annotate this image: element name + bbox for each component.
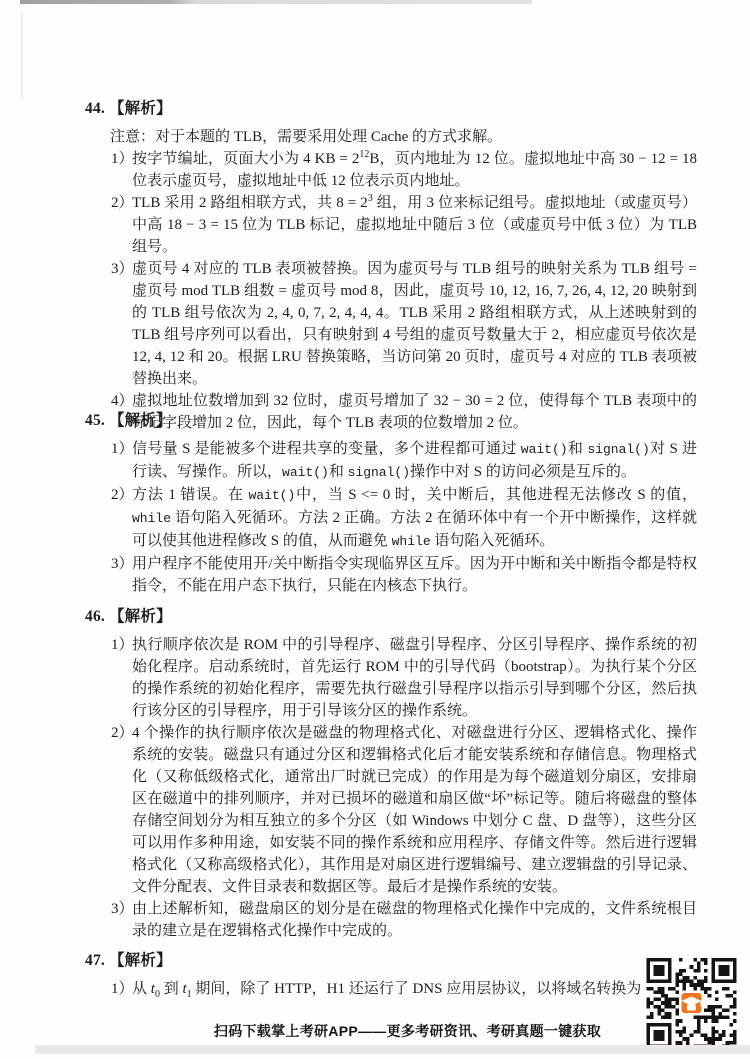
section-title: 【解析】	[109, 952, 172, 969]
item-label: 1）	[111, 634, 134, 656]
text-segment: 执行顺序依次是 ROM 中的引导程序、磁盘引导程序、分区引导程序、操作系统的初始…	[132, 637, 697, 719]
solution-section-47: 47.【解析】1）从 t0 到 t1 期间，除了 HTTP，H1 还运行了 DN…	[85, 950, 697, 1000]
qr-code	[645, 958, 738, 1048]
text-segment: wait()	[248, 488, 295, 503]
item-label: 3）	[111, 553, 134, 575]
section-number: 45.	[85, 412, 105, 429]
text-segment: wait()	[282, 465, 329, 480]
item-label: 3）	[111, 258, 134, 280]
text-segment: 12	[359, 149, 369, 160]
section-title: 【解析】	[109, 412, 172, 429]
section-number: 47.	[85, 952, 105, 969]
numbered-item: 3）虚页号 4 对应的 TLB 表项被替换。因为虚页号与 TLB 组号的映射关系…	[85, 258, 697, 390]
text-segment: 按字节编址，页面大小为 4 KB = 2	[132, 151, 359, 167]
section-heading: 45.【解析】	[85, 410, 697, 432]
solution-section-45: 45.【解析】1）信号量 S 是能被多个进程共享的变量，多个进程都可通过 wai…	[85, 410, 697, 597]
qr-code-pattern	[645, 958, 738, 1048]
item-label: 1）	[111, 148, 134, 170]
scan-artifact-top	[20, 0, 532, 4]
section-number: 44.	[85, 100, 105, 117]
text-segment: while	[392, 534, 431, 549]
text-segment: signal()	[348, 465, 410, 480]
section-heading: 46.【解析】	[85, 606, 697, 628]
text-segment: 和	[329, 464, 348, 480]
item-label: 1）	[111, 978, 134, 1000]
footer-banner: 扫码下载掌上考研APP——更多考研资讯、考研真题一键获取	[0, 1021, 645, 1041]
item-label: 3）	[111, 898, 134, 920]
numbered-item: 1）信号量 S 是能被多个进程共享的变量，多个进程都可通过 wait()和 si…	[85, 438, 697, 484]
document-page: 44.【解析】注意：对于本题的 TLB，需要采用处理 Cache 的方式求解。1…	[0, 0, 750, 1059]
solution-section-46: 46.【解析】1）执行顺序依次是 ROM 中的引导程序、磁盘引导程序、分区引导程…	[85, 606, 697, 942]
item-label: 1）	[111, 438, 134, 460]
item-label: 2）	[111, 192, 134, 214]
numbered-item: 2）TLB 采用 2 路组相联方式，共 8 = 23 组，用 3 位来标记组号。…	[85, 192, 697, 258]
section-title: 【解析】	[109, 608, 172, 625]
item-label: 4）	[111, 390, 134, 412]
text-segment: 语句陷入死循环。	[431, 533, 555, 549]
section-heading: 44.【解析】	[85, 98, 697, 120]
section-heading: 47.【解析】	[85, 950, 697, 972]
text-segment: TLB 采用 2 路组相联方式，共 8 = 2	[132, 195, 368, 211]
numbered-item: 2）4 个操作的执行顺序依次是磁盘的物理格式化、对磁盘进行分区、逻辑格式化、操作…	[85, 722, 697, 898]
text-segment: signal()	[587, 442, 649, 457]
numbered-item: 1）按字节编址，页面大小为 4 KB = 212B，页内地址为 12 位。虚拟地…	[85, 148, 697, 192]
text-segment: 4 个操作的执行顺序依次是磁盘的物理格式化、对磁盘进行分区、逻辑格式化、操作系统…	[132, 725, 697, 895]
text-segment: 信号量 S 是能被多个进程共享的变量，多个进程都可通过	[132, 441, 521, 457]
numbered-item: 2）方法 1 错误。在 wait()中，当 S <= 0 时，关中断后，其他进程…	[85, 484, 697, 553]
item-label: 2）	[111, 484, 134, 506]
text-segment: 注意：对于本题的 TLB，需要采用处理 Cache 的方式求解。	[110, 129, 502, 145]
text-segment: 由上述解析知，磁盘扇区的划分是在磁盘的物理格式化操作中完成的，文件系统根目录的建…	[132, 901, 697, 939]
text-segment: 用户程序不能使用开/关中断指令实现临界区互斥。因为开中断和关中断指令都是特权指令…	[132, 556, 697, 594]
numbered-item: 3）由上述解析知，磁盘扇区的划分是在磁盘的物理格式化操作中完成的，文件系统根目录…	[85, 898, 697, 942]
text-segment: 虚页号 4 对应的 TLB 表项被替换。因为虚页号与 TLB 组号的映射关系为 …	[132, 261, 697, 387]
numbered-item: 3）用户程序不能使用开/关中断指令实现临界区互斥。因为开中断和关中断指令都是特权…	[85, 553, 697, 597]
text-segment: 和	[568, 441, 588, 457]
item-label: 2）	[111, 722, 134, 744]
text-segment: while	[132, 511, 171, 526]
text-segment: 中，当 S <= 0 时，关中断后，其他进程无法修改 S 的值，	[295, 487, 697, 503]
numbered-item: 1）执行顺序依次是 ROM 中的引导程序、磁盘引导程序、分区引导程序、操作系统的…	[85, 634, 697, 722]
scan-artifact-left	[21, 12, 23, 98]
section-title: 【解析】	[109, 100, 172, 117]
text-segment: 方法 1 错误。在	[132, 487, 248, 503]
text-segment: 操作中对 S 的访问必须是互斥的。	[410, 464, 636, 480]
scan-artifact-bottom	[35, 1045, 750, 1054]
numbered-item: 1）从 t0 到 t1 期间，除了 HTTP，H1 还运行了 DNS 应用层协议…	[85, 978, 697, 1000]
text-segment: 从	[132, 981, 151, 997]
text-segment: wait()	[521, 442, 568, 457]
text-segment: 期间，除了 HTTP，H1 还运行了 DNS 应用层协议，以将域名转换为 IP	[192, 981, 659, 997]
note-paragraph: 注意：对于本题的 TLB，需要采用处理 Cache 的方式求解。	[85, 126, 697, 148]
section-number: 46.	[85, 608, 105, 625]
text-segment: 到	[160, 981, 183, 997]
solution-section-44: 44.【解析】注意：对于本题的 TLB，需要采用处理 Cache 的方式求解。1…	[85, 98, 697, 434]
